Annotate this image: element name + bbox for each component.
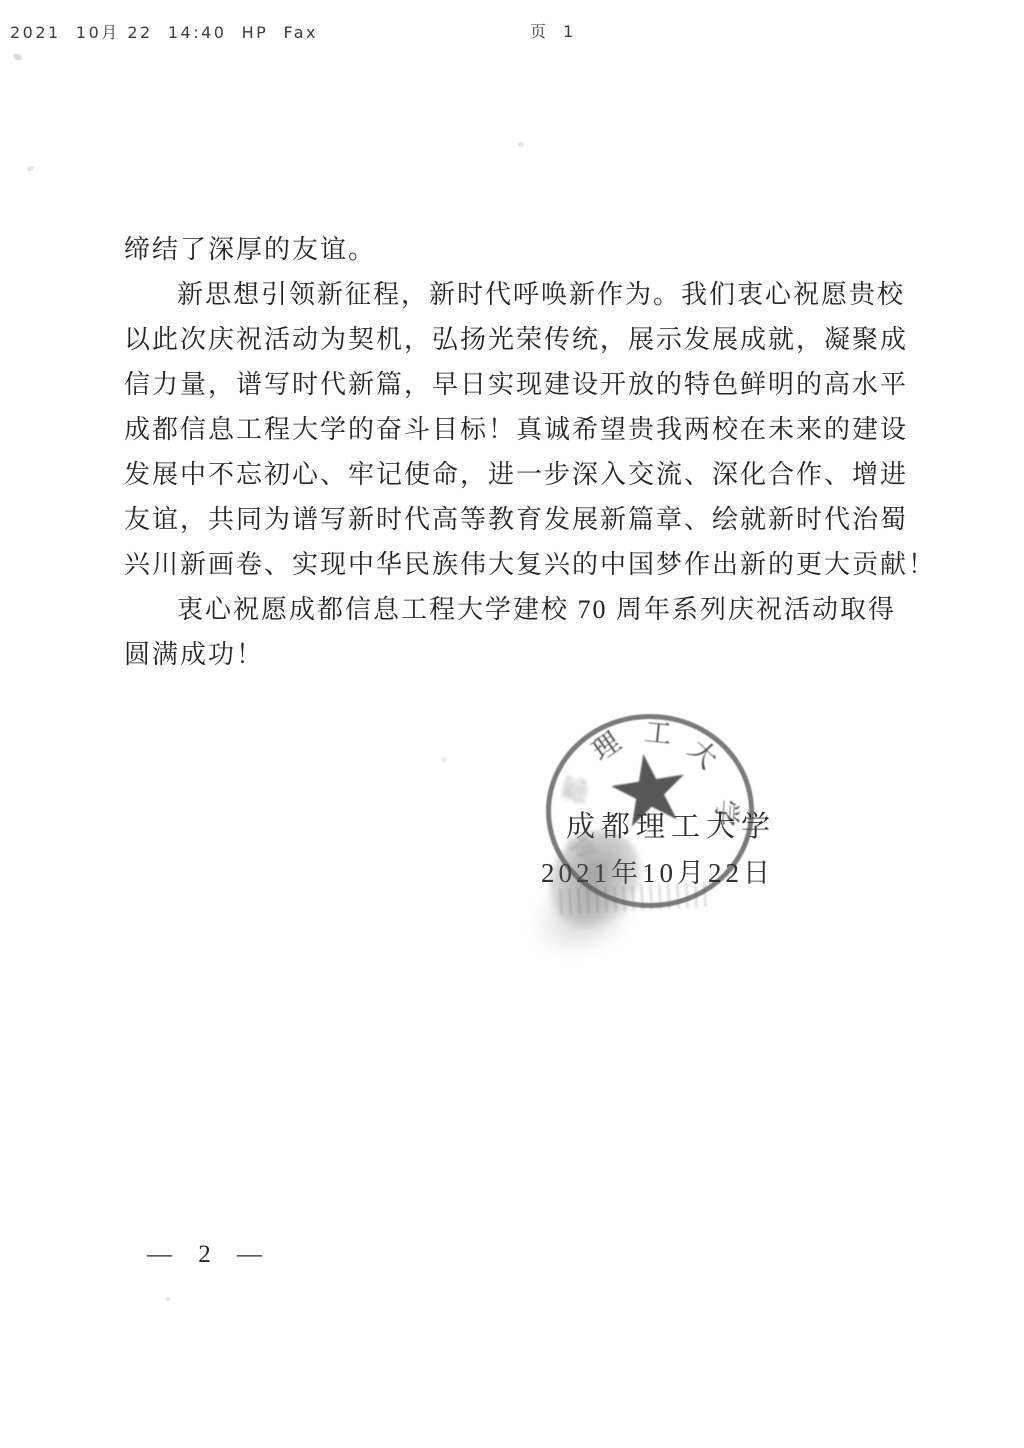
letter-line: 信力量，谱写时代新篇，早日实现建设开放的特色鲜明的高水平 [124, 362, 914, 407]
signature-university-name: 成都理工大学 [566, 804, 776, 845]
letter-line: 衷心祝愿成都信息工程大学建校 70 周年系列庆祝活动取得 [124, 587, 914, 632]
letter-line: 成都信息工程大学的奋斗目标！真诚希望贵我两校在未来的建设 [124, 407, 914, 452]
scan-speck [441, 757, 447, 762]
scan-speck [165, 1297, 170, 1301]
page-number: — 2 — [147, 1241, 264, 1269]
letter-line: 新思想引领新征程，新时代呼唤新作为。我们衷心祝愿贵校 [124, 272, 914, 317]
letter-body: 缔结了深厚的友谊。 新思想引领新征程，新时代呼唤新作为。我们衷心祝愿贵校 以此次… [124, 227, 914, 677]
letter-line: 圆满成功！ [124, 632, 914, 677]
fax-timestamp: 2021 10月 22 14:40 HP Fax [10, 20, 318, 43]
scan-speck [12, 52, 23, 61]
letter-line: 友谊，共同为谱写新时代高等教育发展新篇章、绘就新时代治蜀 [124, 497, 914, 542]
scan-speck [518, 142, 524, 147]
signature-date: 2021年10月22日 [541, 851, 774, 890]
fax-page-label: 页 1 [530, 19, 579, 42]
scanned-fax-page: 2021 10月 22 14:40 HP Fax 页 1 缔结了深厚的友谊。 新… [0, 0, 1024, 1448]
letter-line: 兴川新画卷、实现中华民族伟大复兴的中国梦作出新的更大贡献！ [124, 542, 914, 587]
letter-line: 发展中不忘初心、牢记使命，进一步深入交流、深化合作、增进 [124, 452, 914, 497]
letter-line: 以此次庆祝活动为契机，弘扬光荣传统，展示发展成就，凝聚成 [124, 317, 914, 362]
scan-speck [26, 165, 34, 172]
letter-line: 缔结了深厚的友谊。 [124, 227, 914, 272]
